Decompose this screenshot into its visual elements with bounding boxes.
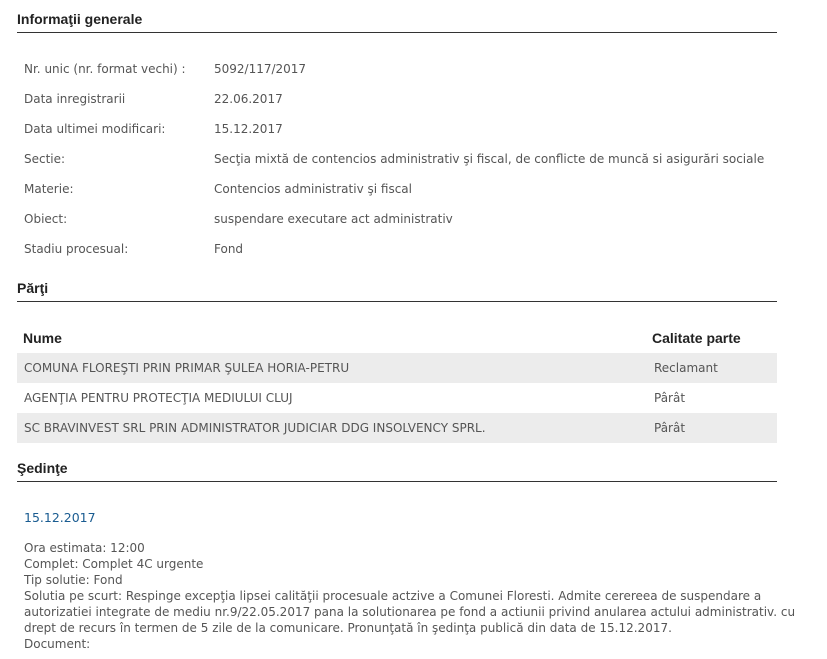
info-row-data-inregistrarii: Data inregistrarii 22.06.2017: [24, 84, 784, 114]
parte-calitate: Reclamant: [654, 353, 718, 383]
parti-section-title: Părţi: [17, 280, 777, 302]
parte-calitate: Pârât: [654, 413, 685, 443]
sedinta-complet: Complet: Complet 4C urgente: [24, 556, 784, 572]
info-value: 15.12.2017: [214, 114, 283, 144]
info-label: Data inregistrarii: [24, 84, 125, 114]
info-value: Fond: [214, 234, 243, 264]
sedinta-date: 15.12.2017: [24, 510, 96, 525]
info-row-stadiu: Stadiu procesual: Fond: [24, 234, 784, 264]
sedinta-ora: Ora estimata: 12:00: [24, 540, 784, 556]
parte-name: AGENŢIA PENTRU PROTECŢIA MEDIULUI CLUJ: [24, 383, 293, 413]
column-header-nume: Nume: [23, 330, 62, 346]
sedinte-section-title: Şedinţe: [17, 460, 777, 482]
info-label: Stadiu procesual:: [24, 234, 128, 264]
column-header-calitate: Calitate parte: [652, 330, 741, 346]
parte-name: COMUNA FLOREŞTI PRIN PRIMAR ŞULEA HORIA-…: [24, 353, 349, 383]
info-value: 22.06.2017: [214, 84, 283, 114]
info-label: Materie:: [24, 174, 74, 204]
parte-name: SC BRAVINVEST SRL PRIN ADMINISTRATOR JUD…: [24, 413, 486, 443]
table-row: AGENŢIA PENTRU PROTECŢIA MEDIULUI CLUJ P…: [17, 383, 777, 413]
sedinta-details: Ora estimata: 12:00 Complet: Complet 4C …: [24, 540, 784, 652]
sedinta-tip-solutie: Tip solutie: Fond: [24, 572, 784, 588]
info-label: Obiect:: [24, 204, 67, 234]
info-row-obiect: Obiect: suspendare executare act adminis…: [24, 204, 784, 234]
sedinta-document: Document:: [24, 636, 784, 652]
parte-calitate: Pârât: [654, 383, 685, 413]
sedinta-solutie-line: Solutia pe scurt: Respinge excepţia lips…: [24, 588, 784, 604]
info-row-materie: Materie: Contencios administrativ şi fis…: [24, 174, 784, 204]
info-value: suspendare executare act administrativ: [214, 204, 453, 234]
info-value: Secţia mixtă de contencios administrativ…: [214, 144, 764, 174]
sedinta-solutie-line: drept de recurs în termen de 5 zile de l…: [24, 620, 784, 636]
info-label: Data ultimei modificari:: [24, 114, 165, 144]
info-row-data-modificari: Data ultimei modificari: 15.12.2017: [24, 114, 784, 144]
table-row: SC BRAVINVEST SRL PRIN ADMINISTRATOR JUD…: [17, 413, 777, 443]
info-value: Contencios administrativ şi fiscal: [214, 174, 412, 204]
table-row: COMUNA FLOREŞTI PRIN PRIMAR ŞULEA HORIA-…: [17, 353, 777, 383]
info-label: Nr. unic (nr. format vechi) :: [24, 54, 186, 84]
info-section-title: Informaţii generale: [17, 11, 777, 33]
info-value: 5092/117/2017: [214, 54, 306, 84]
info-label: Sectie:: [24, 144, 65, 174]
sedinta-solutie-line: autorizatiei integrate de mediu nr.9/22.…: [24, 604, 784, 620]
info-row-nr-unic: Nr. unic (nr. format vechi) : 5092/117/2…: [24, 54, 784, 84]
info-row-sectie: Sectie: Secţia mixtă de contencios admin…: [24, 144, 784, 174]
